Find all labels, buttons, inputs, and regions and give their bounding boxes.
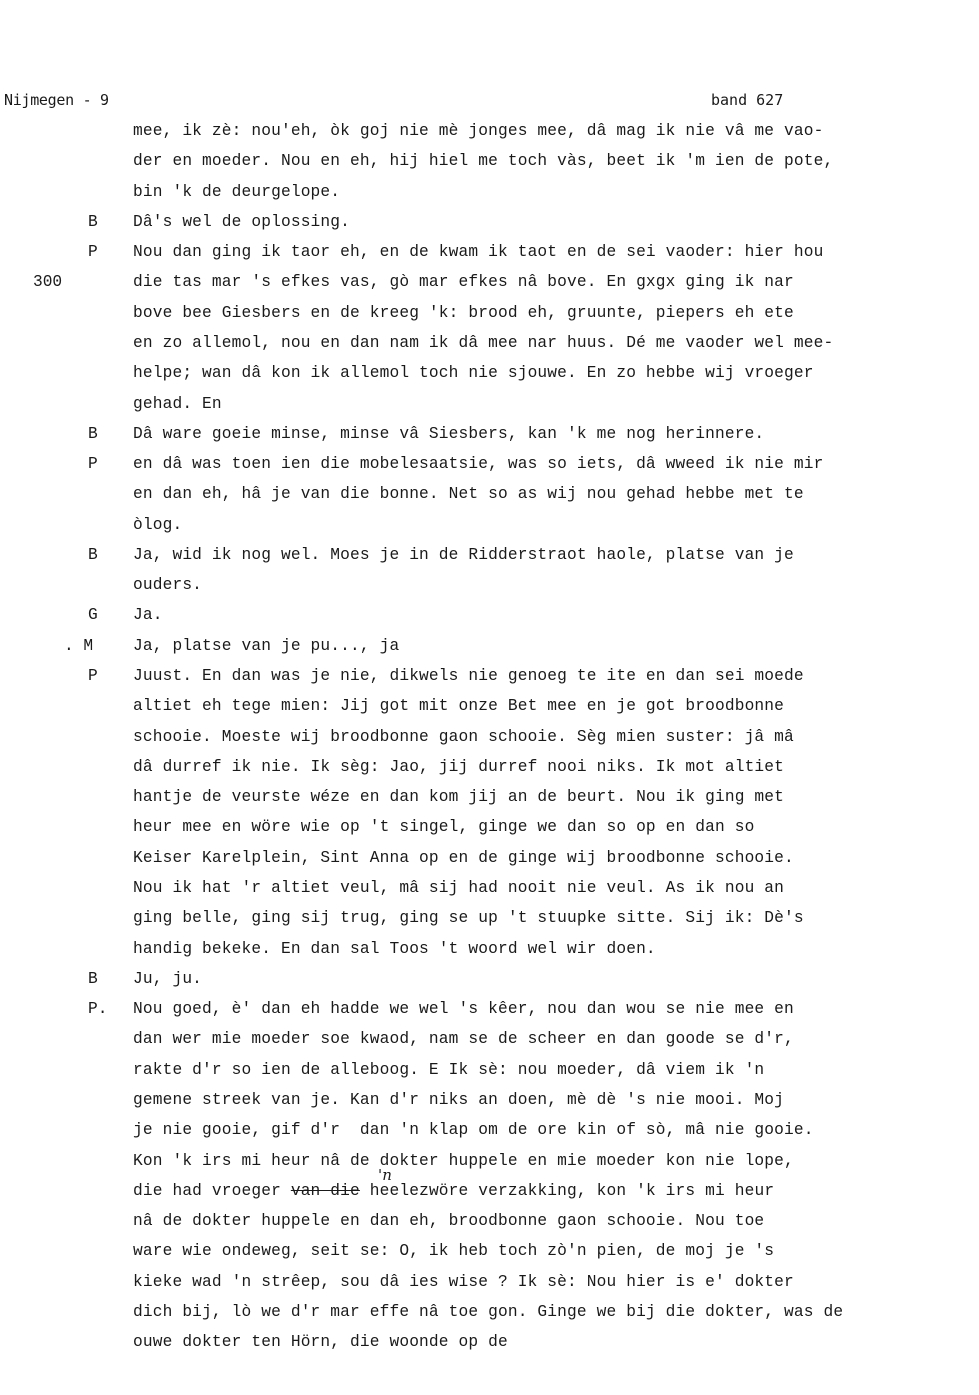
transcript-text: ware wie ondeweg, seit se: O, ik heb toc…	[133, 1236, 774, 1266]
transcript-text: Ja, wid ik nog wel. Moes je in de Ridder…	[133, 540, 794, 570]
transcript-line: hantje de veurste wéze en dan kom jij an…	[0, 782, 979, 812]
page-header-tape-number: band 627	[711, 91, 783, 109]
transcript-text: ouwe dokter ten Hörn, die woonde op de	[133, 1327, 508, 1357]
transcript-text: gehad. En	[133, 389, 222, 419]
transcript-text: die tas mar 's efkes vas, gò mar efkes n…	[133, 267, 794, 297]
speaker-label: B	[88, 419, 98, 449]
struck-through-text: van die	[291, 1182, 360, 1200]
transcript-line: BDâ ware goeie minse, minse vâ Siesbers,…	[0, 419, 979, 449]
text-segment: die had vroeger	[133, 1182, 291, 1200]
transcript-text: en dâ was toen ien die mobelesaatsie, wa…	[133, 449, 824, 479]
transcript-text: rakte d'r so ien de alleboog. E Ik sè: n…	[133, 1055, 764, 1085]
transcript-line: kieke wad 'n strêep, sou dâ ies wise ? I…	[0, 1267, 979, 1297]
transcript-text: Ju, ju.	[133, 964, 202, 994]
transcript-line: dan wer mie moeder soe kwaod, nam se de …	[0, 1024, 979, 1054]
transcript-text: helpe; wan dâ kon ik allemol toch nie sj…	[133, 358, 814, 388]
transcript-line: P.Nou goed, è' dan eh hadde we wel 's kê…	[0, 994, 979, 1024]
transcript-line: PJuust. En dan was je nie, dikwels nie g…	[0, 661, 979, 691]
transcript-line: mee, ik zè: nou'eh, òk goj nie mè jonges…	[0, 116, 979, 146]
transcript-line: handig bekeke. En dan sal Toos 't woord …	[0, 934, 979, 964]
transcript-line: die had vroeger van die heelezwöre verza…	[0, 1176, 979, 1206]
speaker-label: P	[88, 449, 98, 479]
transcript-text: Nou goed, è' dan eh hadde we wel 's kêer…	[133, 994, 794, 1024]
transcript-line: gemene streek van je. Kan d'r niks an do…	[0, 1085, 979, 1115]
transcript-text: kieke wad 'n strêep, sou dâ ies wise ? I…	[133, 1267, 794, 1297]
transcript-text: bin 'k de deurgelope.	[133, 177, 340, 207]
transcript-text: nâ de dokter huppele en dan eh, broodbon…	[133, 1206, 764, 1236]
speaker-label: B	[88, 964, 98, 994]
transcript-line: ging belle, ging sij trug, ging se up 't…	[0, 903, 979, 933]
transcript-text: hantje de veurste wéze en dan kom jij an…	[133, 782, 784, 812]
transcript-line: altiet eh tege mien: Jij got mit onze Be…	[0, 691, 979, 721]
transcript-text: handig bekeke. En dan sal Toos 't woord …	[133, 934, 656, 964]
transcript-line: gehad. En	[0, 389, 979, 419]
transcript-text: Kon 'k irs mi heur nâ de dokter huppele …	[133, 1146, 794, 1176]
transcript-text: Dâ's wel de oplossing.	[133, 207, 350, 237]
transcript-text: Nou dan ging ik taor eh, en de kwam ik t…	[133, 237, 824, 267]
speaker-label: B	[88, 540, 98, 570]
transcript-line: der en moeder. Nou en eh, hij hiel me to…	[0, 146, 979, 176]
transcript-line: 300die tas mar 's efkes vas, gò mar efke…	[0, 267, 979, 297]
transcript-line: . MJa, platse van je pu..., ja	[0, 631, 979, 661]
transcript-line: ware wie ondeweg, seit se: O, ik heb toc…	[0, 1236, 979, 1266]
speaker-label: . M	[64, 631, 93, 661]
transcript-text: Keiser Karelplein, Sint Anna op en de gi…	[133, 843, 794, 873]
transcript-text: bove bee Giesbers en de kreeg 'k: brood …	[133, 298, 794, 328]
transcript-text: mee, ik zè: nou'eh, òk goj nie mè jonges…	[133, 116, 824, 146]
transcript-text: en dan eh, hâ je van die bonne. Net so a…	[133, 479, 804, 509]
transcript-text: der en moeder. Nou en eh, hij hiel me to…	[133, 146, 833, 176]
transcript-line: schooie. Moeste wij broodbonne gaon scho…	[0, 722, 979, 752]
text-segment: heelezwöre verzakking, kon 'k irs mi heu…	[360, 1182, 774, 1200]
transcript-text: dâ durref ik nie. Ik sèg: Jao, jij durre…	[133, 752, 784, 782]
transcript-line: nâ de dokter huppele en dan eh, broodbon…	[0, 1206, 979, 1236]
transcript-line: GJa.	[0, 600, 979, 630]
transcript-text: Ja, platse van je pu..., ja	[133, 631, 399, 661]
transcript-text: schooie. Moeste wij broodbonne gaon scho…	[133, 722, 794, 752]
transcript-text: Nou ik hat 'r altiet veul, mâ sij had no…	[133, 873, 784, 903]
transcript-text: heur mee en wöre wie op 't singel, ginge…	[133, 812, 754, 842]
transcript-line: rakte d'r so ien de alleboog. E Ik sè: n…	[0, 1055, 979, 1085]
speaker-label: P.	[88, 994, 107, 1024]
transcript-line: ouders.	[0, 570, 979, 600]
transcript-line: helpe; wan dâ kon ik allemol toch nie sj…	[0, 358, 979, 388]
transcript-text: en zo allemol, nou en dan nam ik dâ mee …	[133, 328, 833, 358]
transcript-line: òlog.	[0, 510, 979, 540]
transcript-text: ouders.	[133, 570, 202, 600]
transcript-line: PNou dan ging ik taor eh, en de kwam ik …	[0, 237, 979, 267]
transcript-line: en zo allemol, nou en dan nam ik dâ mee …	[0, 328, 979, 358]
line-number: 300	[33, 267, 62, 297]
handwritten-annotation: 'n	[378, 1160, 392, 1190]
speaker-label: B	[88, 207, 98, 237]
transcript-line: je nie gooie, gif d'r dan 'n klap om de …	[0, 1115, 979, 1145]
page-header-location: Nijmegen - 9	[4, 91, 109, 109]
transcript-text: gemene streek van je. Kan d'r niks an do…	[133, 1085, 784, 1115]
transcript-text: Ja.	[133, 600, 163, 630]
transcript-text: altiet eh tege mien: Jij got mit onze Be…	[133, 691, 784, 721]
transcript-line: Keiser Karelplein, Sint Anna op en de gi…	[0, 843, 979, 873]
transcript-text: Juust. En dan was je nie, dikwels nie ge…	[133, 661, 804, 691]
typescript-page: Nijmegen - 9 band 627 mee, ik zè: nou'eh…	[0, 0, 979, 1395]
transcript-line: Pen dâ was toen ien die mobelesaatsie, w…	[0, 449, 979, 479]
transcript-line: BJu, ju.	[0, 964, 979, 994]
transcript-line: ouwe dokter ten Hörn, die woonde op de	[0, 1327, 979, 1357]
transcript-text: Dâ ware goeie minse, minse vâ Siesbers, …	[133, 419, 764, 449]
transcript-line: bin 'k de deurgelope.	[0, 177, 979, 207]
speaker-label: G	[88, 600, 98, 630]
transcript-line: BDâ's wel de oplossing.	[0, 207, 979, 237]
transcript-line: BJa, wid ik nog wel. Moes je in de Ridde…	[0, 540, 979, 570]
transcript-line: Nou ik hat 'r altiet veul, mâ sij had no…	[0, 873, 979, 903]
transcript-line: en dan eh, hâ je van die bonne. Net so a…	[0, 479, 979, 509]
transcript-line: dich bij, lò we d'r mar effe nâ toe gon.…	[0, 1297, 979, 1327]
transcript-line: dâ durref ik nie. Ik sèg: Jao, jij durre…	[0, 752, 979, 782]
transcript-line: bove bee Giesbers en de kreeg 'k: brood …	[0, 298, 979, 328]
transcript-text: die had vroeger van die heelezwöre verza…	[133, 1176, 774, 1206]
transcript-line: Kon 'k irs mi heur nâ de dokter huppele …	[0, 1146, 979, 1176]
speaker-label: P	[88, 661, 98, 691]
transcript-text: òlog.	[133, 510, 182, 540]
transcript-line: heur mee en wöre wie op 't singel, ginge…	[0, 812, 979, 842]
transcript-text: dich bij, lò we d'r mar effe nâ toe gon.…	[133, 1297, 843, 1327]
speaker-label: P	[88, 237, 98, 267]
transcript-text: ging belle, ging sij trug, ging se up 't…	[133, 903, 804, 933]
transcript-text: dan wer mie moeder soe kwaod, nam se de …	[133, 1024, 794, 1054]
transcript-text: je nie gooie, gif d'r dan 'n klap om de …	[133, 1115, 814, 1145]
